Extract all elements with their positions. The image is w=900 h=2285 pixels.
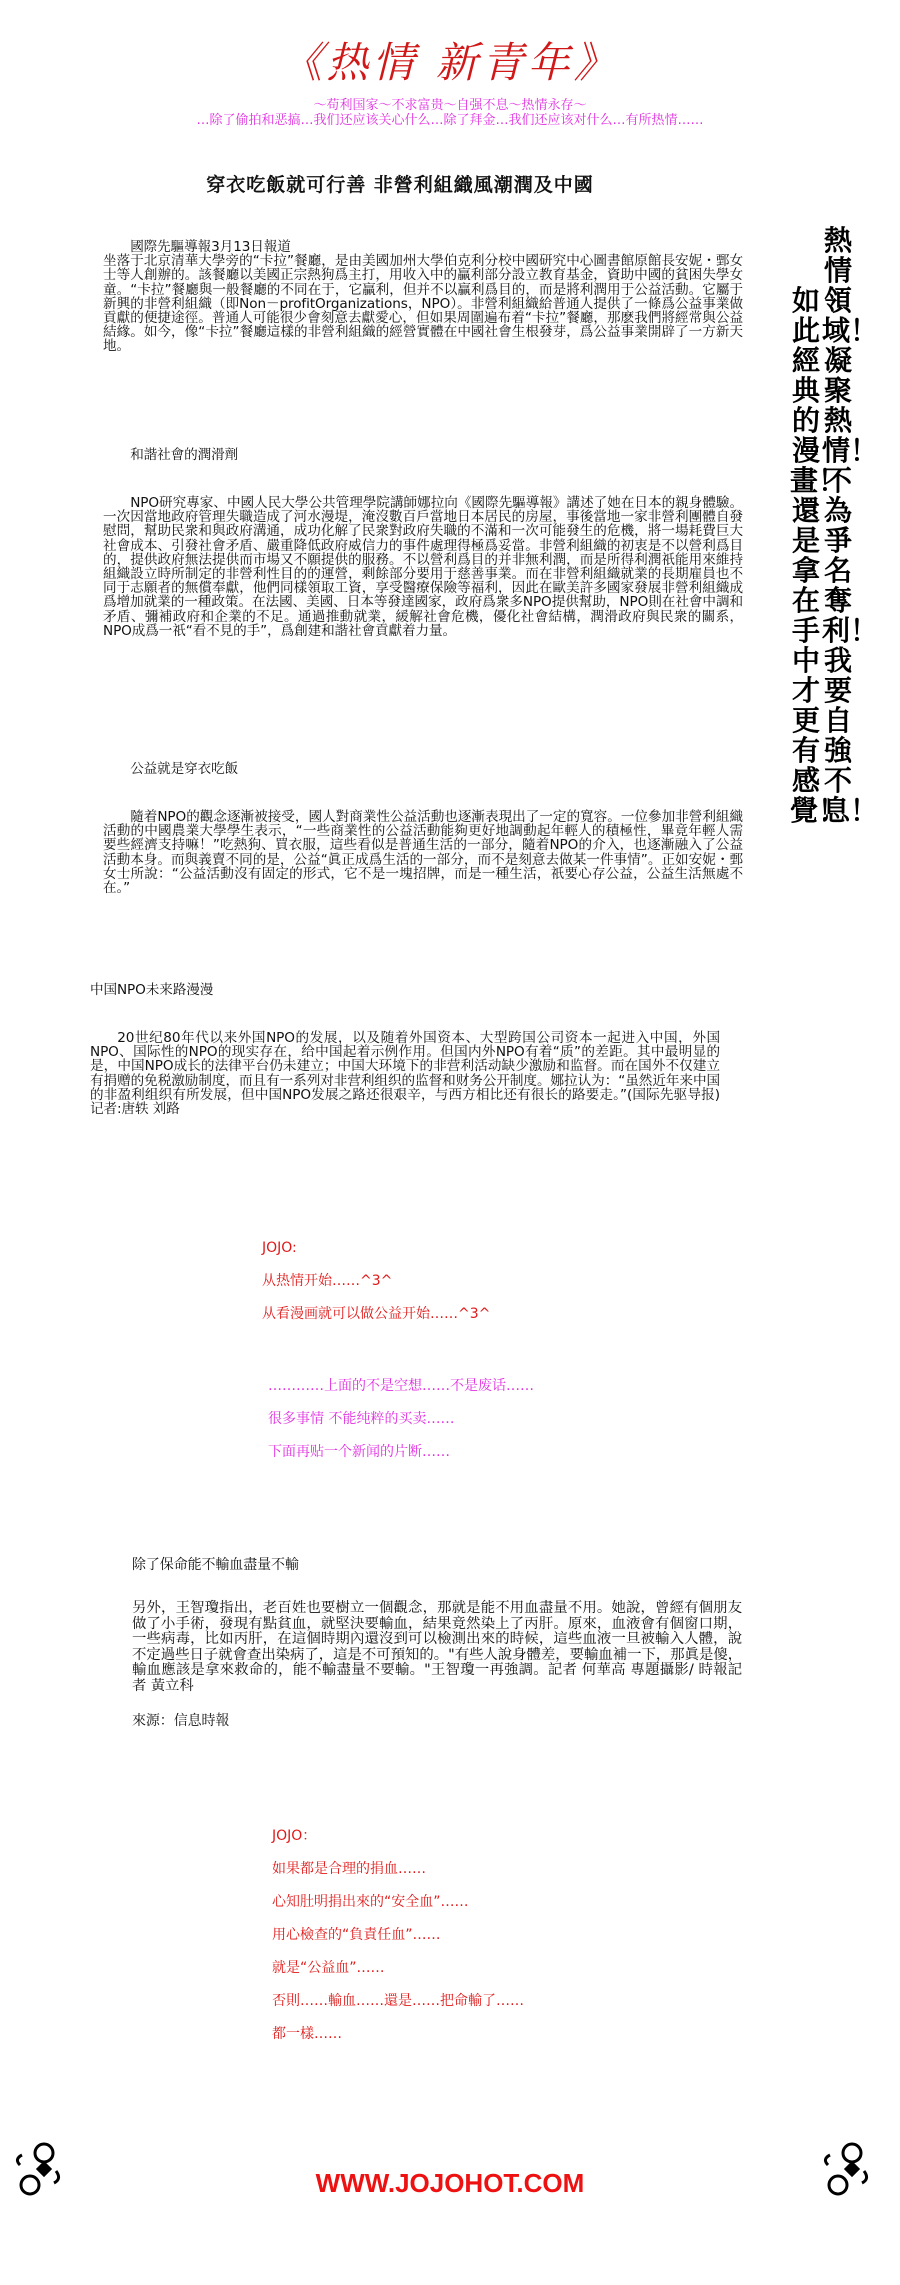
jojo-line: 从热情开始……^3^ [262,1265,490,1298]
section-2-body-block: 隨着NPO的觀念逐漸被接受，國人對商業性公益活動也逐漸表現出了一定的寬容。一位參… [103,810,743,895]
swirl-ornament-icon [818,2135,878,2205]
section-2-body: 隨着NPO的觀念逐漸被接受，國人對商業性公益活動也逐漸表現出了一定的寬容。一位參… [103,810,743,895]
section-1-title-block: 和諧社會的潤滑劑 [103,448,743,462]
jojo-line: 就是“公益血”…… [272,1952,524,1985]
masthead-title: 《热情 新青年》 [0,30,900,90]
jojo-line: 用心檢查的“負責任血”…… [272,1919,524,1952]
news-snippet-body-block: 另外，王智瓊指出，老百姓也要樹立一個觀念，那就是能不用血盡量不用。她說，曾經有個… [132,1601,742,1695]
jojo-line: 心知肚明捐出來的“安全血”…… [272,1886,524,1919]
section-2-title-block: 公益就是穿衣吃飯 [103,762,743,776]
note-line: 很多事情 不能纯粹的买卖…… [268,1403,534,1436]
section-3-body: 20世纪80年代以来外国NPO的发展，以及随着外国资本、大型跨国公司资本一起进入… [90,1031,720,1116]
section-2-title: 公益就是穿衣吃飯 [103,762,743,776]
section-3-title-block: 中国NPO未来路漫漫 [90,983,730,997]
news-snippet-body: 另外，王智瓊指出，老百姓也要樹立一個觀念，那就是能不用血盡量不用。她說，曾經有個… [132,1601,742,1695]
section-1-body-block: NPO研究專家、中國人民大學公共管理學院講師娜拉向《國際先驅導報》講述了她在日本… [103,496,743,638]
jojo-line: 如果都是合理的捐血…… [272,1853,524,1886]
slogan-line-2: …除了偷拍和恶搞…我们还应该关心什么…除了拜金…我们还应该对什么…有所热情…… [0,113,900,128]
section-3-body-block: 20世纪80年代以来外国NPO的发展，以及随着外国资本、大型跨国公司资本一起进入… [90,1031,720,1116]
jojo-line: 否則……輸血……還是……把命輸了…… [272,1985,524,2018]
article-intro: 坐落于北京清華大學旁的“卡拉”餐廳，是由美國加州大學伯克利分校中國研究中心圖書館… [103,254,743,353]
article-headline: 穿衣吃飯就可行善 非營利組織風潮潤及中國 [100,170,700,197]
news-snippet-title: 除了保命能不輸血盡量不輸 [132,1557,742,1573]
section-1-title: 和諧社會的潤滑劑 [103,448,743,462]
jojo-line: 从看漫画就可以做公益开始……^3^ [262,1298,490,1331]
section-1-body: NPO研究專家、中國人民大學公共管理學院講師娜拉向《國際先驅導報》講述了她在日本… [103,496,743,638]
jojo-label: JOJO: [262,1232,490,1265]
article-intro-block: 國際先驅導報3月13日報道 坐落于北京清華大學旁的“卡拉”餐廳，是由美國加州大學… [103,240,743,354]
note-line: …………上面的不是空想……不是废话…… [268,1370,534,1403]
site-url-link[interactable]: WWW.JOJOHOT.COM [0,2168,900,2199]
news-source-block: 來源：信息時報 [132,1714,742,1728]
jojo-comment-2: JOJO： 如果都是合理的捐血…… 心知肚明捐出來的“安全血”…… 用心檢查的“… [272,1820,524,2051]
magenta-note: …………上面的不是空想……不是废话…… 很多事情 不能纯粹的买卖…… 下面再贴一… [268,1370,534,1469]
news-source: 來源：信息時報 [132,1714,742,1728]
jojo-label: JOJO： [272,1820,524,1853]
vertical-slogan-right: 熱情領域！凝聚熱情！不為爭名奪利！我要自強不息！ [822,226,854,826]
slogan-line-1: ～苟利国家～不求富贵～自强不息～热情永存～ [0,98,900,113]
news-snippet-title-block: 除了保命能不輸血盡量不輸 [132,1557,742,1573]
note-line: 下面再贴一个新闻的片断…… [268,1436,534,1469]
vertical-slogan-left: 如此經典的漫畫！還是拿在手中才更有感覺！ [790,286,822,826]
jojo-line: 都一樣…… [272,2018,524,2051]
jojo-comment-1: JOJO: 从热情开始……^3^ 从看漫画就可以做公益开始……^3^ [262,1232,490,1331]
section-3-title: 中国NPO未来路漫漫 [90,983,730,997]
